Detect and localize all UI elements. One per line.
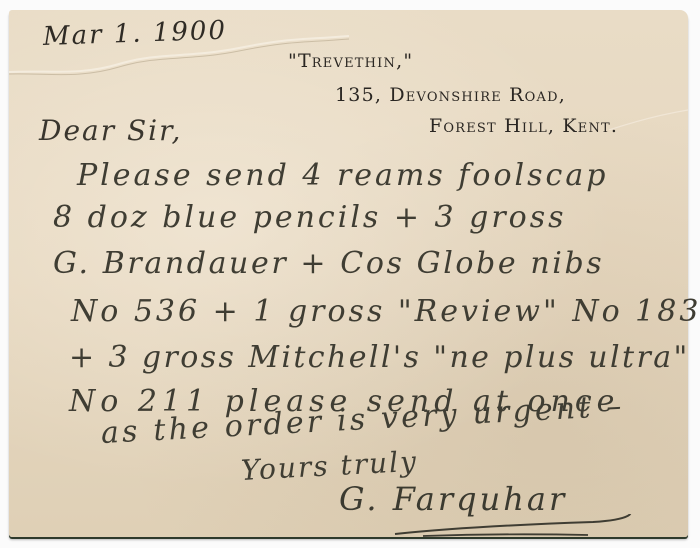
body-line: No 536 + 1 gross "Review" No 183 (71, 294, 700, 329)
letterhead-house-name: "Trevethin," (288, 50, 413, 72)
letter-card: Mar 1. 1900 "Trevethin," 135, Devonshire… (9, 10, 688, 537)
letterhead-locality: Forest Hill, Kent. (429, 115, 618, 137)
body-line: 8 doz blue pencils + 3 gross (53, 200, 567, 235)
body-line: Please send 4 reams foolscap (77, 158, 608, 193)
letter-signature: G. Farquhar (339, 480, 567, 518)
body-line: G. Brandauer + Cos Globe nibs (53, 246, 604, 281)
letterhead-street: 135, Devonshire Road, (335, 84, 566, 106)
letter-greeting: Dear Sir, (39, 114, 182, 147)
body-line: + 3 gross Mitchell's "ne plus ultra" (69, 340, 690, 375)
letter-date: Mar 1. 1900 (42, 16, 227, 52)
signature-flourish (393, 514, 643, 538)
